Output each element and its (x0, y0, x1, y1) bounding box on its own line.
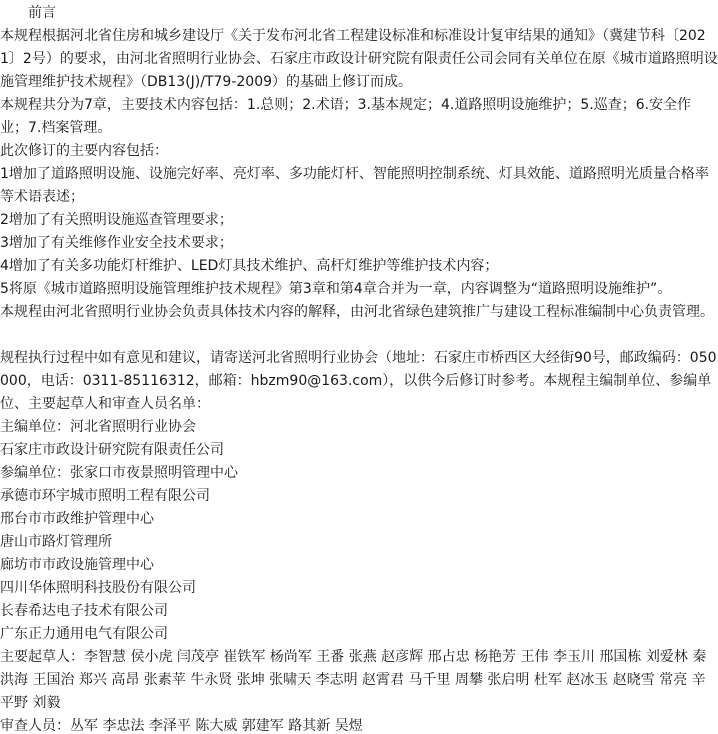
reviewers-label: 审查人员： (0, 718, 70, 734)
revision-item: 2增加了有关照明设施巡查管理要求； (0, 209, 718, 232)
participating-unit: 承德市环宇城市照明工程有限公司 (0, 485, 718, 508)
participating-unit: 长春希达电子技术有限公司 (0, 600, 718, 623)
drafters-label: 主要起草人： (0, 649, 84, 665)
participating-unit: 广东正力通用电气有限公司 (0, 623, 718, 646)
intro-paragraph: 本规程根据河北省住房和城乡建设厅《关于发布河北省工程建设标准和标准设计复审结果的… (0, 25, 718, 94)
participating-unit-line: 参编单位：张家口市夜景照明管理中心 (0, 462, 718, 485)
document-title: 前言 (0, 2, 718, 25)
drafters-list: 李智慧 侯小虎 闫茂亭 崔铁军 杨尚军 王番 张燕 赵彦辉 邢占忠 杨艳芳 王伟… (0, 649, 706, 711)
chief-unit: 河北省照明行业协会 (70, 419, 196, 435)
participating-unit: 张家口市夜景照明管理中心 (70, 465, 238, 481)
interpretation-paragraph: 本规程由河北省照明行业协会负责具体技术内容的解释，由河北省绿色建筑推广与建设工程… (0, 301, 718, 324)
blank-line (0, 324, 718, 347)
revision-item: 1增加了道路照明设施、设施完好率、亮灯率、多功能灯杆、智能照明控制系统、灯具效能… (0, 163, 718, 209)
participating-unit: 廊坊市市政设施管理中心 (0, 554, 718, 577)
participating-unit: 四川华体照明科技股份有限公司 (0, 577, 718, 600)
revision-item: 4增加了有关多功能灯杆维护、LED灯具技术维护、高杆灯维护等维护技术内容； (0, 255, 718, 278)
chief-units-label: 主编单位： (0, 419, 70, 435)
participating-unit: 邢台市市政维护管理中心 (0, 508, 718, 531)
participating-unit: 唐山市路灯管理所 (0, 531, 718, 554)
revision-heading: 此次修订的主要内容包括： (0, 140, 718, 163)
drafters-line: 主要起草人：李智慧 侯小虎 闫茂亭 崔铁军 杨尚军 王番 张燕 赵彦辉 邢占忠 … (0, 646, 718, 715)
chief-unit-line: 主编单位：河北省照明行业协会 (0, 416, 718, 439)
revision-item: 5将原《城市道路照明设施管理维护技术规程》第3章和第4章合并为一章，内容调整为“… (0, 278, 718, 301)
revision-item: 3增加了有关维修作业安全技术要求； (0, 232, 718, 255)
reviewers-list: 丛军 李忠法 李泽平 陈大威 郭建军 路其新 吴煜 (70, 718, 363, 734)
document-body: 前言 本规程根据河北省住房和城乡建设厅《关于发布河北省工程建设标准和标准设计复审… (0, 0, 718, 734)
chief-unit: 石家庄市政设计研究院有限责任公司 (0, 439, 718, 462)
chapters-paragraph: 本规程共分为7章，主要技术内容包括：1.总则；2.术语；3.基本规定；4.道路照… (0, 94, 718, 140)
reviewers-line: 审查人员：丛军 李忠法 李泽平 陈大威 郭建军 路其新 吴煜 (0, 715, 718, 734)
feedback-paragraph: 规程执行过程中如有意见和建议，请寄送河北省照明行业协会（地址：石家庄市桥西区大经… (0, 347, 718, 416)
participating-units-label: 参编单位： (0, 465, 70, 481)
